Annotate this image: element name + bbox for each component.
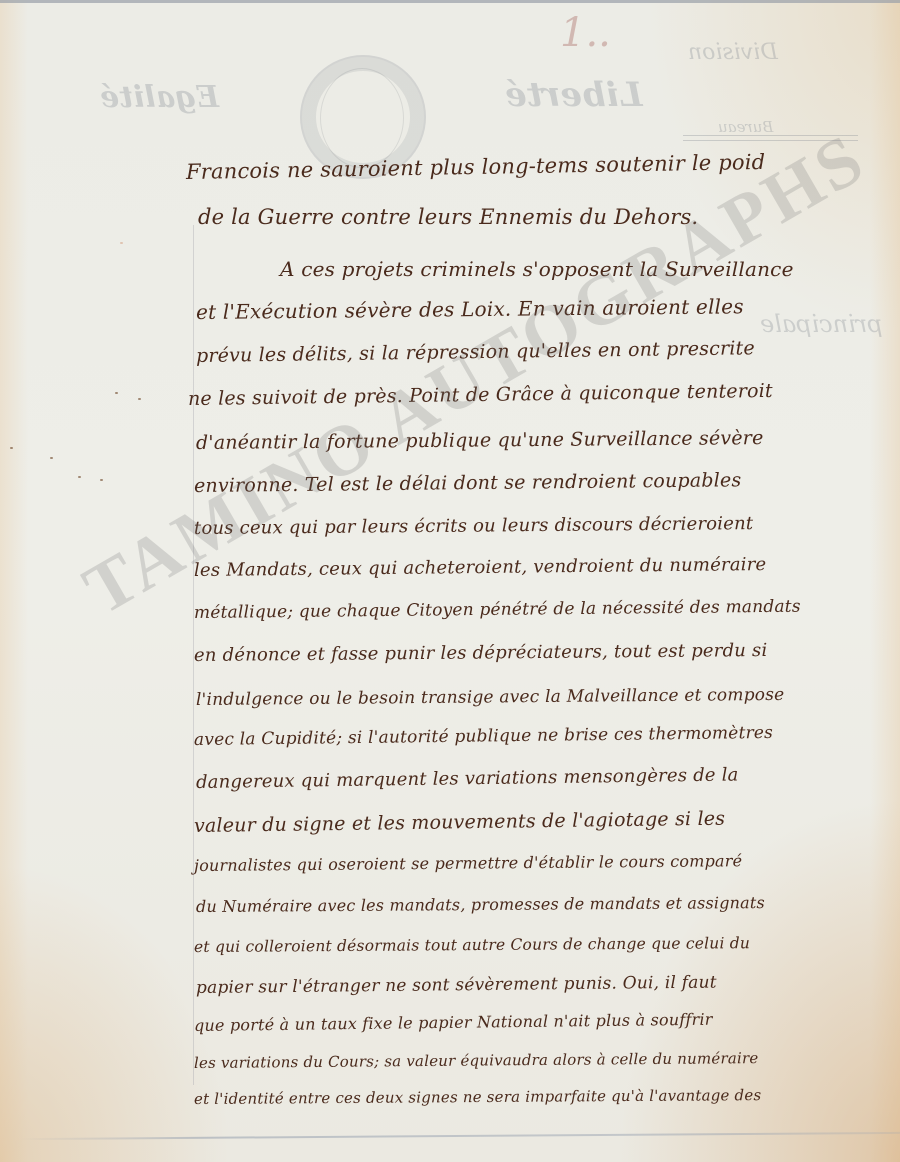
manuscript-line: métallique; que chaque Citoyen pénétré d… [194,597,801,623]
manuscript-line: en dénonce et fasse punir les dépréciate… [194,640,768,666]
manuscript-line: papier sur l'étranger ne sont sévèrement… [196,973,717,998]
manuscript-line: dangereux qui marquent les variations me… [196,764,739,793]
manuscript-line: Francois ne sauroient plus long-tems sou… [186,150,766,184]
manuscript-line: du Numéraire avec les mandats, promesses… [196,893,765,916]
manuscript-line: environne. Tel est le délai dont se rend… [194,469,742,497]
manuscript-line: valeur du signe et les mouvements de l'a… [194,808,725,837]
manuscript-line: les Mandats, ceux qui acheteroient, vend… [194,554,767,581]
manuscript-line: avec la Cupidité; si l'autorité publique… [194,723,773,750]
manuscript-line: prévu les délits, si la répression qu'el… [196,337,755,367]
manuscript-line: tous ceux qui par leurs écrits ou leurs … [194,513,753,539]
manuscript-line: et qui colleroient désormais tout autre … [194,934,750,956]
manuscript-line: les variations du Cours; sa valeur équiv… [194,1049,759,1072]
manuscript-line: l'indulgence ou le besoin transige avec … [196,685,785,710]
manuscript-line: journalistes qui oseroient se permettre … [194,851,742,875]
manuscript-line: d'anéantir la fortune publique qu'une Su… [196,427,764,454]
manuscript-body: Francois ne sauroient plus long-tems sou… [0,0,900,1162]
manuscript-line: que porté à un taux fixe le papier Natio… [194,1010,713,1035]
manuscript-line: et l'Exécution sévère des Loix. En vain … [196,294,744,324]
manuscript-line: ne les suivoit de près. Point de Grâce à… [188,380,773,410]
manuscript-line: et l'identité entre ces deux signes ne s… [194,1086,761,1108]
manuscript-line: de la Guerre contre leurs Ennemis du Deh… [198,205,698,229]
manuscript-line: A ces projets criminels s'opposent la Su… [280,257,794,281]
